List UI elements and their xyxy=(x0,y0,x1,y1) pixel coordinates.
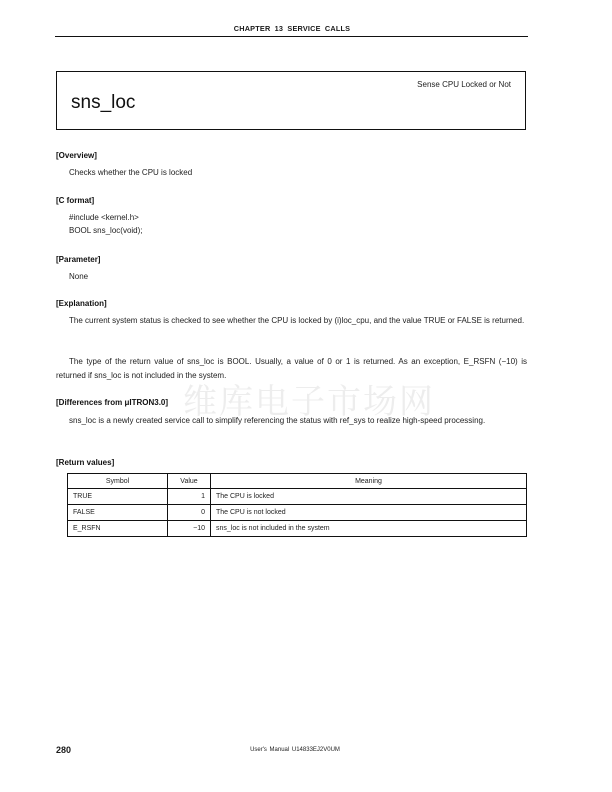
overview-text: Checks whether the CPU is locked xyxy=(69,168,192,177)
parameter-text: None xyxy=(69,272,88,281)
c-format-line: BOOL sns_loc(void); xyxy=(69,226,143,235)
cell-symbol: FALSE xyxy=(68,505,168,521)
service-call-name: sns_loc xyxy=(71,92,135,114)
cell-meaning: The CPU is not locked xyxy=(211,505,527,521)
c-format-line: #include <kernel.h> xyxy=(69,213,139,222)
chapter-header: CHAPTER 13 SERVICE CALLS xyxy=(0,24,584,33)
table-row: E_RSFN −10 sns_loc is not included in th… xyxy=(68,521,527,537)
differences-heading: [Differences from μITRON3.0] xyxy=(56,398,168,407)
document-id: User's Manual U14833EJ2V0UM xyxy=(0,747,590,753)
column-header-value: Value xyxy=(168,474,211,489)
cell-value: −10 xyxy=(168,521,211,537)
explanation-heading: [Explanation] xyxy=(56,299,107,308)
table-header-row: Symbol Value Meaning xyxy=(68,474,527,489)
column-header-symbol: Symbol xyxy=(68,474,168,489)
cell-symbol: TRUE xyxy=(68,489,168,505)
table-row: TRUE 1 The CPU is locked xyxy=(68,489,527,505)
cell-meaning: sns_loc is not included in the system xyxy=(211,521,527,537)
differences-text: sns_loc is a newly created service call … xyxy=(56,414,527,428)
overview-heading: [Overview] xyxy=(56,151,97,160)
return-values-table: Symbol Value Meaning TRUE 1 The CPU is l… xyxy=(67,473,527,537)
service-call-description: Sense CPU Locked or Not xyxy=(417,80,511,89)
cell-meaning: The CPU is locked xyxy=(211,489,527,505)
cell-value: 1 xyxy=(168,489,211,505)
explanation-paragraph: The current system status is checked to … xyxy=(56,314,527,328)
table-row: FALSE 0 The CPU is not locked xyxy=(68,505,527,521)
header-rule xyxy=(55,36,528,37)
cell-value: 0 xyxy=(168,505,211,521)
cell-symbol: E_RSFN xyxy=(68,521,168,537)
service-call-title-box: sns_loc Sense CPU Locked or Not xyxy=(56,71,526,130)
explanation-paragraph: The type of the return value of sns_loc … xyxy=(56,355,527,382)
parameter-heading: [Parameter] xyxy=(56,255,100,264)
column-header-meaning: Meaning xyxy=(211,474,527,489)
return-values-heading: [Return values] xyxy=(56,458,114,467)
c-format-heading: [C format] xyxy=(56,196,94,205)
